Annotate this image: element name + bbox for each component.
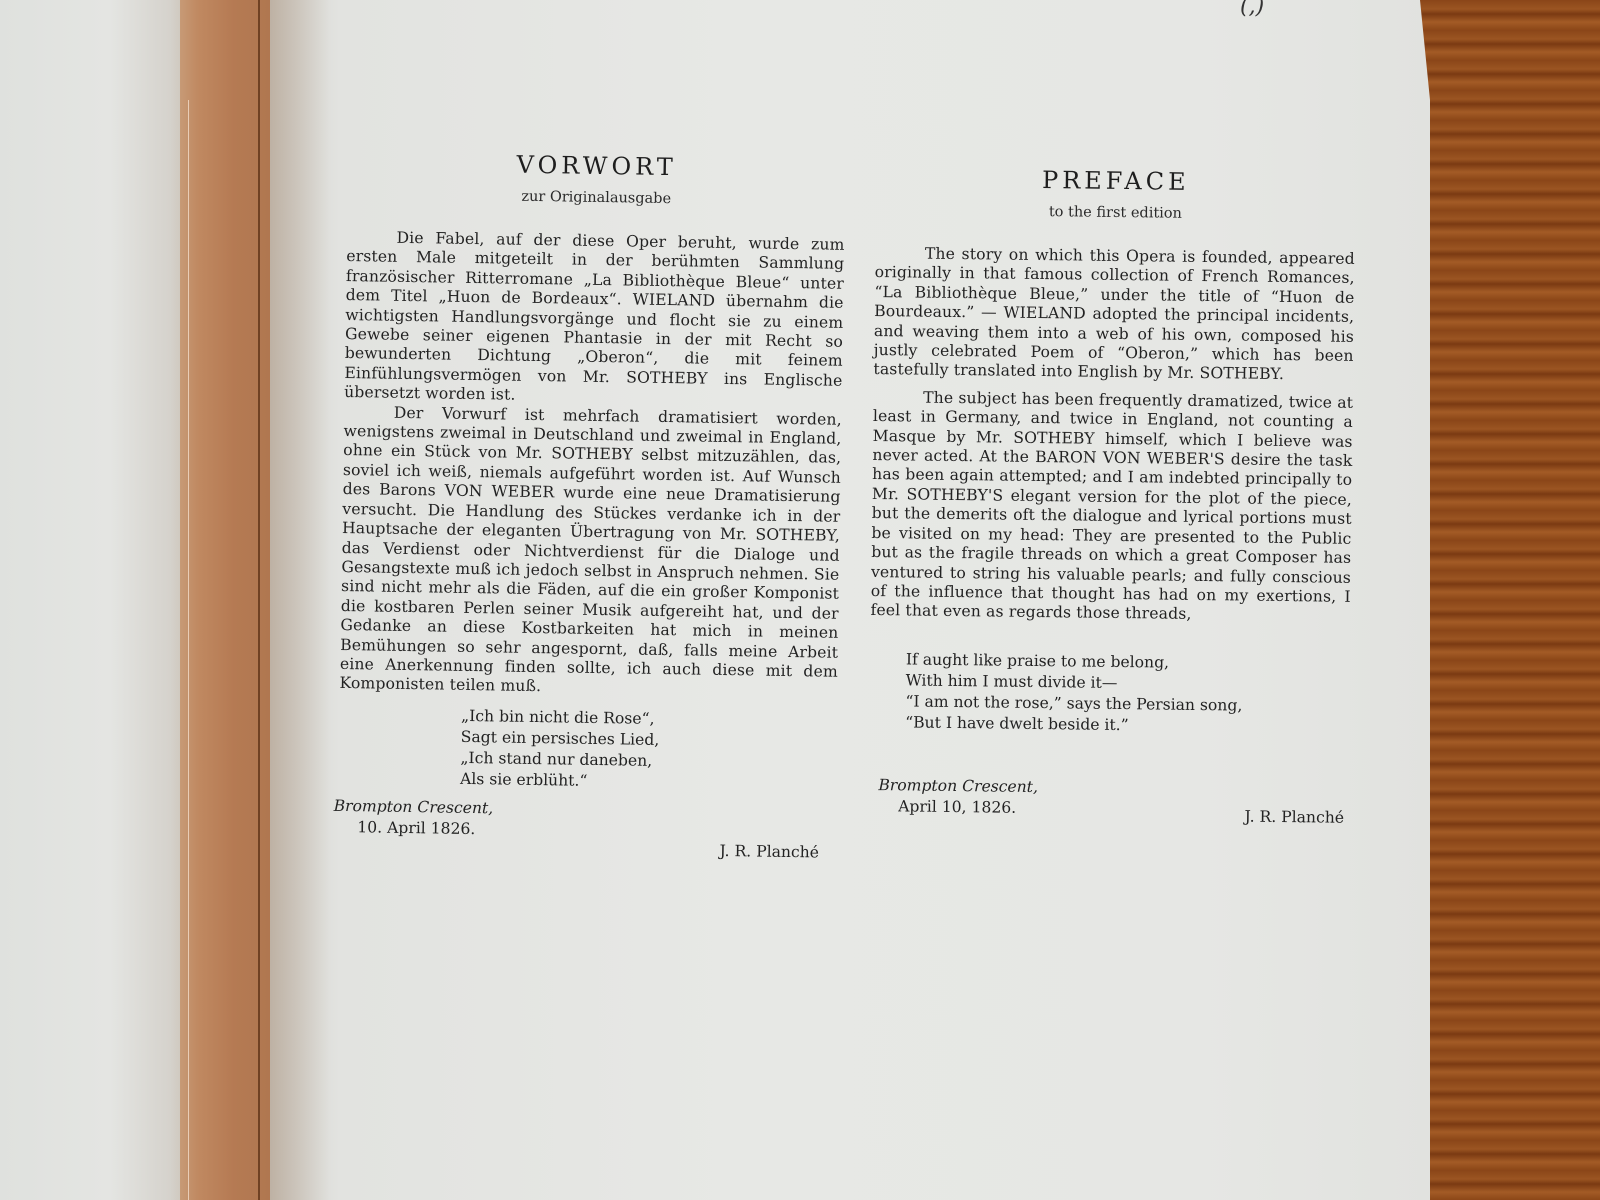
english-subtitle: to the first edition — [875, 202, 1355, 224]
left-facing-page — [0, 0, 200, 1200]
german-column: VORWORT zur Originalausgabe Die Fabel, a… — [337, 148, 846, 861]
english-title: PREFACE — [876, 164, 1356, 198]
english-verse-line: “But I have dwelt beside it.” — [905, 712, 1349, 738]
english-paragraph-2: The subject has been frequently dramatiz… — [870, 388, 1353, 627]
english-paragraph-1: The story on which this Opera is founded… — [873, 244, 1355, 386]
english-verse: If aught like praise to me belong, With … — [905, 649, 1350, 738]
german-verse: „Ich bin nicht die Rose“, Sagt ein persi… — [460, 706, 837, 796]
german-place-date: Brompton Crescent, 10. April 1826. — [333, 796, 836, 846]
german-subtitle: zur Originalausgabe — [347, 186, 845, 210]
spine-highlight — [188, 100, 189, 1200]
spine-fold-line — [258, 0, 260, 1200]
german-verse-line: Als sie erblüht.“ — [460, 769, 836, 796]
english-column: PREFACE to the first edition The story o… — [868, 164, 1356, 827]
corner-mark: (,) — [1240, 0, 1264, 19]
book-cover-spine — [180, 0, 270, 1200]
german-paragraph-2: Der Vorwurf ist mehrfach dramatisiert wo… — [339, 403, 842, 702]
german-paragraph-1: Die Fabel, auf der diese Oper beruht, wu… — [344, 228, 845, 410]
wood-table — [1420, 0, 1600, 1200]
gutter-shadow — [270, 0, 330, 1200]
